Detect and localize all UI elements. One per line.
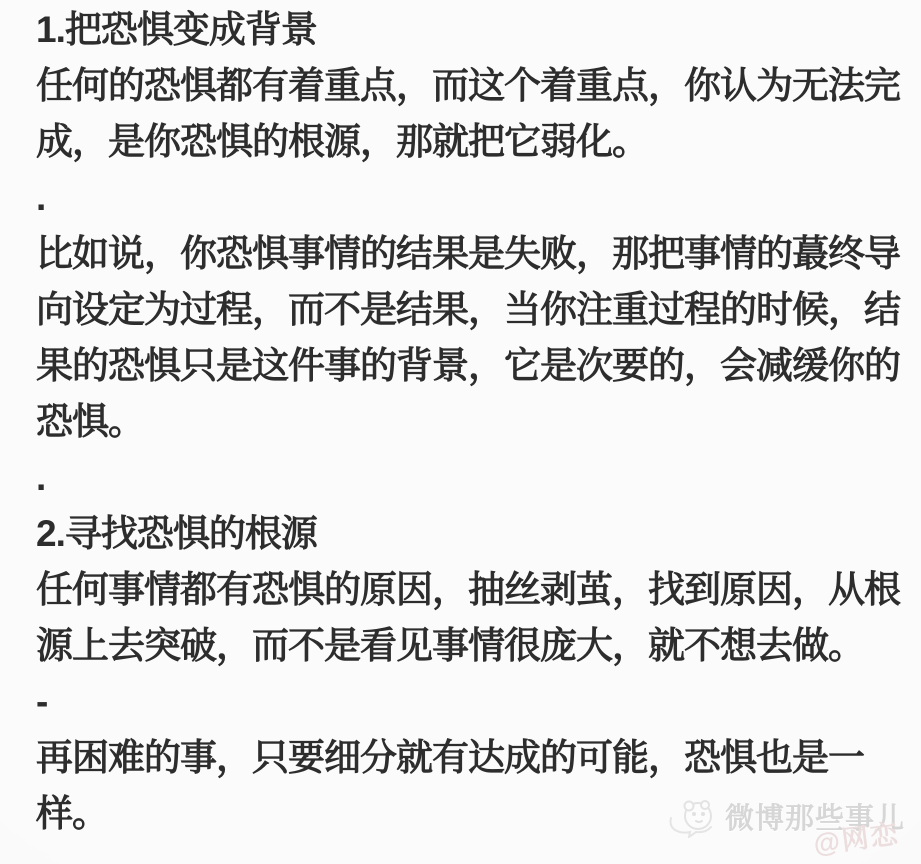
watermark: 微博那些事儿 @网恋 [665,790,905,854]
text-line: 源上去突破，而不是看见事情很庞大，就不想去做。 [36,618,913,674]
text-line: 任何的恐惧都有着重点，而这个着重点，你认为无法完 [36,58,913,114]
separator-dot-line: . [36,170,913,226]
text-line: 成，是你恐惧的根源，那就把它弱化。 [36,114,913,170]
text-line: 果的恐惧只是这件事的背景，它是次要的，会减缓你的 [36,338,913,394]
heading-line-2: 2.寻找恐惧的根源 [36,506,913,562]
text-image-page: 1.把恐惧变成背景 任何的恐惧都有着重点，而这个着重点，你认为无法完 成，是你恐… [0,0,921,864]
text-line: 比如说，你恐惧事情的结果是失败，那把事情的蕞终导 [36,226,913,282]
panda-chat-bubble-icon [665,794,719,838]
article-text: 1.把恐惧变成背景 任何的恐惧都有着重点，而这个着重点，你认为无法完 成，是你恐… [36,2,913,842]
text-line: 向设定为过程，而不是结果，当你注重过程的时候，结 [36,282,913,338]
separator-dash-line: - [36,674,913,730]
text-line: 恐惧。 [36,394,913,450]
text-line: 任何事情都有恐惧的原因，抽丝剥茧，找到原因，从根 [36,562,913,618]
heading-line-1: 1.把恐惧变成背景 [36,2,913,58]
separator-dot-line: . [36,450,913,506]
text-line: 再困难的事，只要细分就有达成的可能，恐惧也是一 [36,730,913,786]
